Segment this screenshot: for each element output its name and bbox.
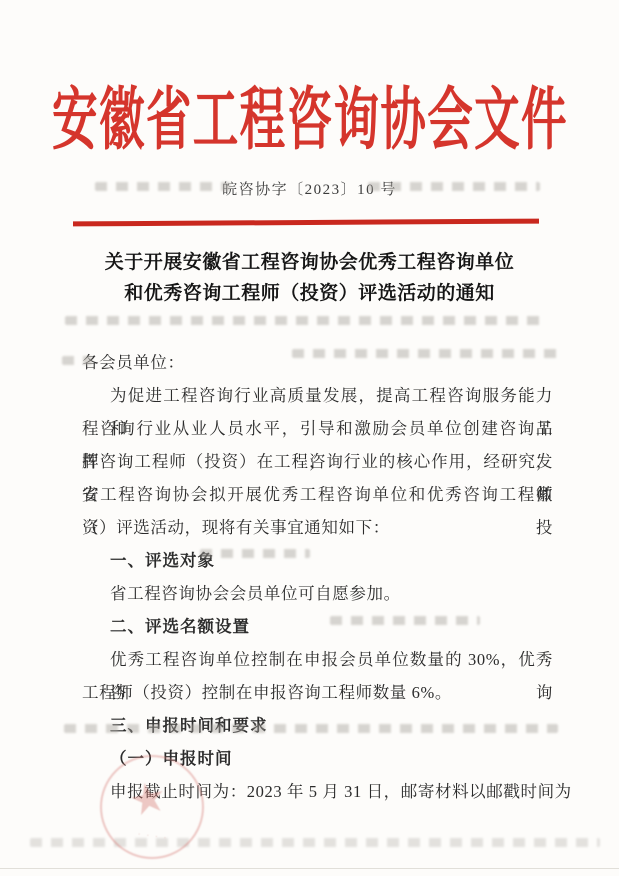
body-line: 挥咨询工程师（投资）在工程咨询行业的核心作用，经研究，安徽 bbox=[82, 445, 553, 478]
bleedthrough-artifact bbox=[200, 549, 310, 558]
body-line: 省工程咨询协会会员单位可自愿参加。 bbox=[82, 577, 553, 610]
notice-title-line2: 和优秀咨询工程师（投资）评选活动的通知 bbox=[0, 278, 619, 309]
bleedthrough-artifact bbox=[65, 316, 543, 325]
bleedthrough-artifact bbox=[62, 356, 92, 365]
notice-title: 关于开展安徽省工程咨询协会优秀工程咨询单位 和优秀咨询工程师（投资）评选活动的通… bbox=[0, 247, 619, 309]
document-body: 各会员单位：为促进工程咨询行业高质量发展，提高工程咨询服务能力和工程咨询行业从业… bbox=[82, 346, 553, 808]
bleedthrough-artifact bbox=[368, 182, 540, 191]
scanned-document-page: 安徽省工程咨询协会文件 皖咨协字〔2023〕10 号 关于开展安徽省工程咨询协会… bbox=[0, 0, 619, 876]
bleedthrough-artifact bbox=[95, 182, 230, 191]
letterhead-title: 安徽省工程咨询协会文件 bbox=[52, 84, 568, 156]
red-separator-rule bbox=[73, 219, 539, 227]
body-line: 为促进工程咨询行业高质量发展，提高工程咨询服务能力和工 bbox=[82, 379, 553, 412]
scan-edge-shadow bbox=[0, 868, 619, 869]
bleedthrough-artifact bbox=[292, 349, 558, 358]
bleedthrough-artifact bbox=[64, 724, 558, 733]
body-line: 优秀工程咨询单位控制在申报会员单位数量的 30%，优秀咨询 bbox=[82, 643, 553, 676]
body-line: 二、评选名额设置 bbox=[82, 610, 553, 643]
body-line: 程咨询行业从业人员水平，引导和激励会员单位创建咨询品牌，发 bbox=[82, 412, 553, 445]
body-line: 一、评选对象 bbox=[82, 544, 553, 577]
notice-title-line1: 关于开展安徽省工程咨询协会优秀工程咨询单位 bbox=[0, 247, 619, 278]
bleedthrough-artifact bbox=[330, 616, 480, 625]
body-line: 省工程咨询协会拟开展优秀工程咨询单位和优秀咨询工程师（投 bbox=[82, 478, 553, 511]
